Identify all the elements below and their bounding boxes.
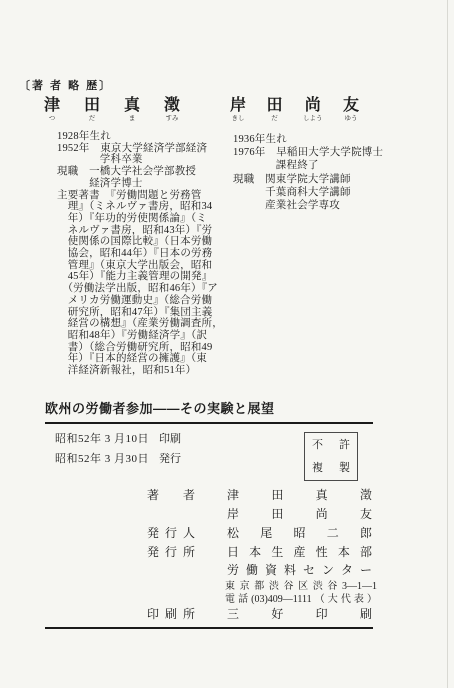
colophon-row-author2: 岸 田 尚 友	[147, 507, 387, 521]
divider-top	[45, 422, 373, 424]
row-value: 労 働 資 料 セ ン タ ー	[227, 563, 372, 577]
name-kanji: 津	[44, 97, 60, 115]
author-bio-kishida: 1936年生れ 1976年 早稲田大学大学院博士 課程終了 現職 関東学院大学講…	[233, 133, 440, 212]
row-label	[147, 581, 195, 593]
colophon-row-publisher-person: 発 行 人 松 尾 昭 二 郎	[147, 526, 387, 540]
print-date-label: 印刷	[159, 429, 181, 449]
colophon-row-labor-center: 労 働 資 料 セ ン タ ー	[147, 563, 387, 577]
row-label: 発 行 所	[147, 545, 195, 559]
name-char: 友 ゆう	[343, 97, 359, 123]
row-value: 三 好 印 刷	[227, 607, 372, 621]
colophon-row-publishing-house: 発 行 所 日 本 生 産 性 本 部	[147, 545, 387, 559]
book-title: 欧州の労働者参加——その実験と展望	[45, 398, 275, 417]
name-furigana: ゆう	[344, 115, 357, 123]
name-kanji: 岸	[230, 97, 246, 115]
name-char: 岸 きし	[230, 97, 246, 123]
stamp-line: 不 許	[312, 439, 350, 451]
name-char: 田 だ	[267, 97, 283, 123]
row-value: 岸 田 尚 友	[227, 507, 372, 521]
print-date: 昭和52年 3 月10日	[55, 429, 159, 449]
row-value: 津 田 真 澂	[227, 488, 372, 502]
scan-edge-line	[447, 0, 448, 688]
row-value: 日 本 生 産 性 本 部	[227, 545, 372, 559]
colophon-row-phone: 電話(03)409—1111（大代表）	[147, 594, 387, 606]
print-date-row: 昭和52年 3 月10日 印刷	[55, 429, 181, 449]
name-char: 田 だ	[84, 97, 100, 123]
row-label	[147, 594, 195, 606]
name-kanji: 尚	[305, 97, 321, 115]
author-name-tsuda: 津 つ 田 だ 真 ま 澂 すみ	[44, 97, 180, 123]
name-char: 津 つ	[44, 97, 60, 123]
publication-dates: 昭和52年 3 月10日 印刷 昭和52年 3 月30日 発行	[55, 429, 181, 469]
colophon-page: 〔著 者 略 歴〕 津 つ 田 だ 真 ま 澂 すみ 1928年生れ 1952年…	[0, 0, 454, 688]
author-name-kishida: 岸 きし 田 だ 尚 しよう 友 ゆう	[230, 97, 359, 123]
row-label	[147, 507, 195, 521]
divider-bottom	[45, 627, 373, 629]
row-value: 松 尾 昭 二 郎	[227, 526, 372, 540]
name-furigana: きし	[232, 115, 245, 123]
name-furigana: だ	[89, 115, 96, 123]
name-furigana: だ	[271, 115, 278, 123]
publish-date-row: 昭和52年 3 月30日 発行	[55, 449, 181, 469]
row-label	[147, 563, 195, 577]
no-reproduction-stamp: 不 許 複 製	[304, 432, 358, 481]
name-kanji: 田	[84, 97, 100, 115]
colophon-row-printer: 印 刷 所 三 好 印 刷	[147, 607, 387, 621]
name-furigana: しよう	[303, 115, 323, 123]
publisher-address: 東京都渋谷区渋谷3—1—1	[225, 581, 377, 593]
publish-date: 昭和52年 3 月30日	[55, 449, 159, 469]
name-kanji: 田	[267, 97, 283, 115]
author-block-kishida: 岸 きし 田 だ 尚 しよう 友 ゆう 1936年生れ 1976年 早稲田大学大…	[230, 97, 440, 212]
name-furigana: ま	[129, 115, 136, 123]
row-label: 発 行 人	[147, 526, 195, 540]
name-char: 真 ま	[124, 97, 140, 123]
author-block-tsuda: 津 つ 田 だ 真 ま 澂 すみ 1928年生れ 1952年 東京大学経済学部経…	[44, 97, 244, 377]
author-bio-header: 〔著 者 略 歴〕	[19, 77, 112, 93]
stamp-line: 複 製	[312, 462, 350, 474]
name-char: 澂 すみ	[164, 97, 180, 123]
colophon-details: 著 者 津 田 真 澂 岸 田 尚 友 発 行 人 松 尾 昭 二 郎 発 行 …	[147, 488, 387, 626]
row-label: 著 者	[147, 488, 195, 502]
name-kanji: 澂	[164, 97, 180, 115]
colophon-row-author: 著 者 津 田 真 澂	[147, 488, 387, 502]
name-kanji: 友	[343, 97, 359, 115]
name-char: 尚 しよう	[303, 97, 323, 123]
name-furigana: すみ	[165, 115, 178, 123]
colophon-row-address: 東京都渋谷区渋谷3—1—1	[147, 581, 387, 593]
publish-date-label: 発行	[159, 449, 181, 469]
name-furigana: つ	[49, 115, 56, 123]
author-bio-tsuda: 1928年生れ 1952年 東京大学経済学部経済 学科卒業 現職 一橋大学社会学…	[57, 131, 244, 377]
name-kanji: 真	[124, 97, 140, 115]
publisher-phone: 電話(03)409—1111（大代表）	[225, 594, 377, 606]
row-label: 印 刷 所	[147, 607, 195, 621]
